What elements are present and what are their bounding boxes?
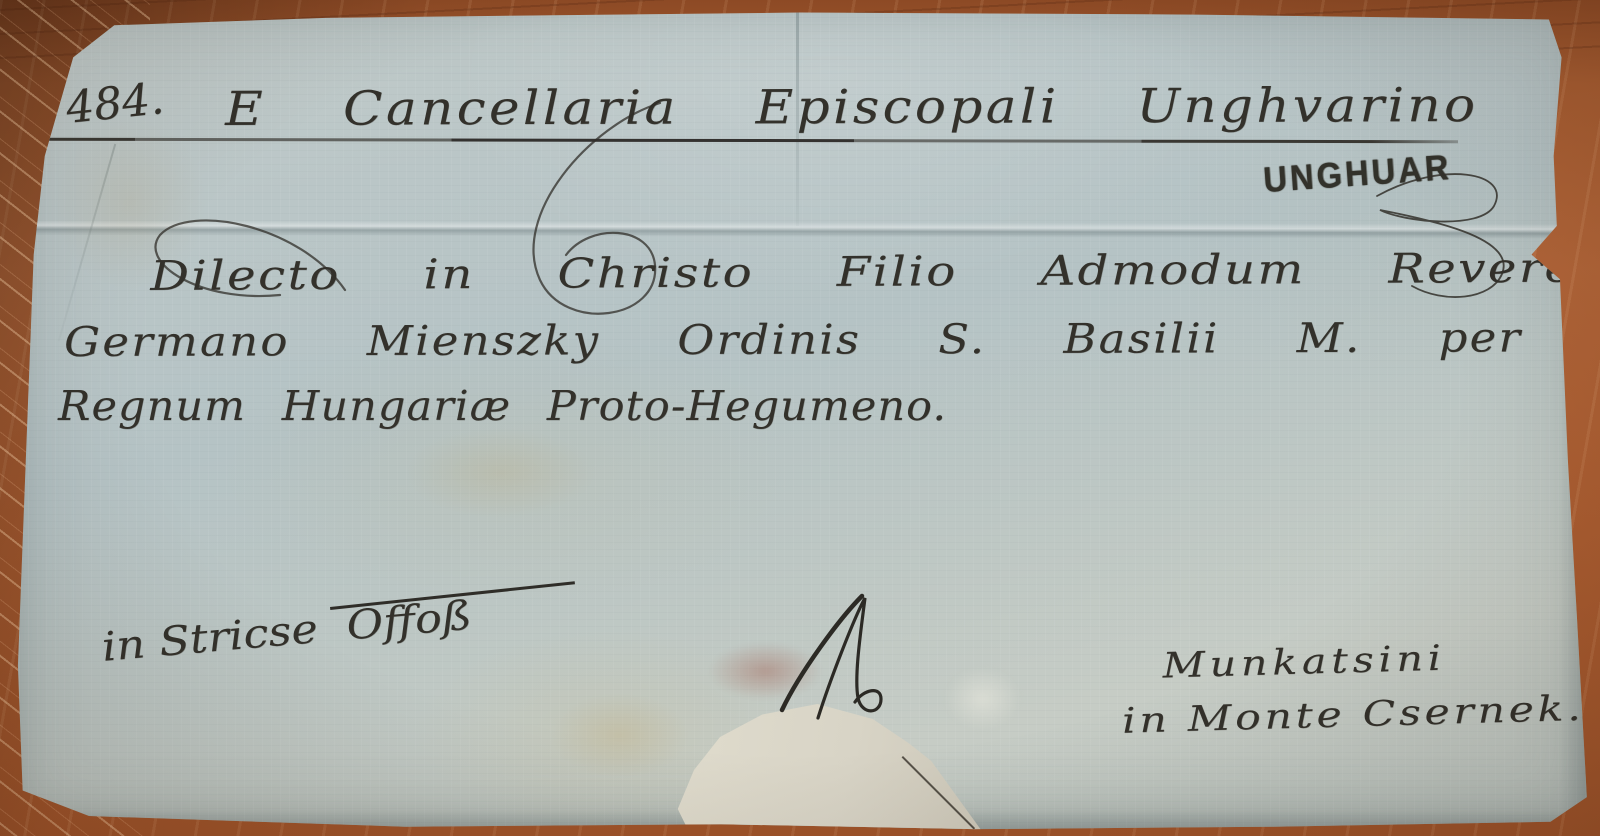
paper-stain bbox=[550, 693, 690, 778]
paper-stain bbox=[945, 668, 1020, 730]
office-notation: in StricseOffoß bbox=[100, 593, 474, 671]
address-line-2: Germano Mienszky Ordinis S. Basilii M. p… bbox=[64, 313, 1600, 366]
letter-cover: 484. E Cancellaria Episcopali Unghvarino… bbox=[10, 8, 1590, 830]
paper-stain bbox=[405, 428, 595, 518]
diagonal-crease bbox=[58, 144, 116, 342]
destination-line-2: in Monte Csernek. bbox=[1122, 689, 1585, 742]
heading-swash-flourish bbox=[470, 95, 760, 345]
photo-of-letter-cover: 484. E Cancellaria Episcopali Unghvarino… bbox=[0, 0, 1600, 836]
heading-script: E Cancellaria Episcopali Unghvarino bbox=[225, 78, 1478, 137]
address-line-3: Regnum Hungariæ Proto-Hegumeno. bbox=[58, 382, 947, 430]
docket-number: 484. bbox=[64, 73, 167, 134]
destination-block: Munkatsini in Monte Csernek. bbox=[1110, 635, 1580, 648]
word-gap bbox=[319, 639, 348, 642]
office-notation-prefix: in Stricse bbox=[100, 606, 320, 671]
paraph-flourish bbox=[768, 588, 918, 733]
address-line-1: Dilecto in Christo Filio Admodum Reveren… bbox=[150, 243, 1600, 300]
destination-line-1: Munkatsini bbox=[1162, 639, 1446, 687]
